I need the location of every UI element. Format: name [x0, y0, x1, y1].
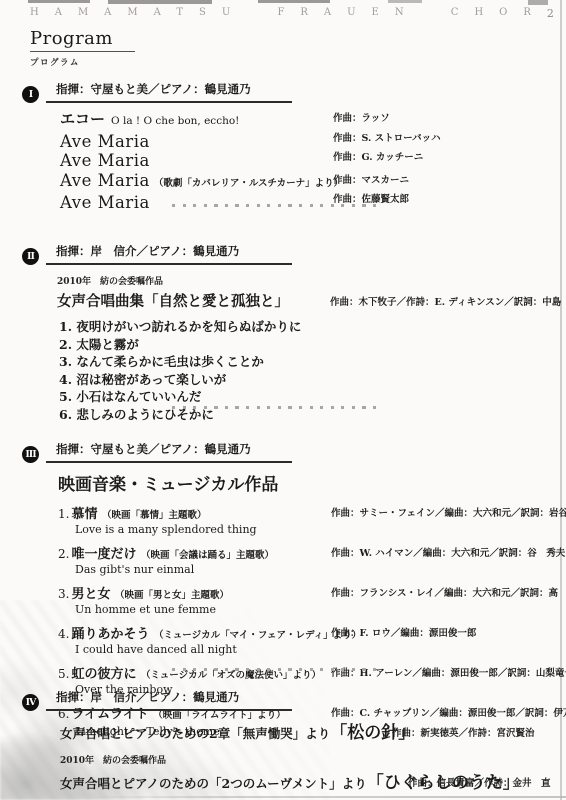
movement-item: 4. 沼は秘密があって楽しいが: [59, 371, 550, 389]
work-credit: 作曲：新実徳英／作詩：宮沢賢治: [392, 725, 535, 739]
song-title: Ave Maria: [60, 132, 150, 151]
item-number: 3.: [58, 587, 69, 601]
item-number: 5.: [58, 667, 69, 681]
item-title: 唯一度だけ: [71, 547, 136, 562]
work-credit: 作曲：信長貴富／作詩：金井 直: [408, 775, 551, 789]
movement-item: 2. 太陽と霧が: [59, 336, 550, 354]
item-credit: 作曲：F. ロウ／編曲：源田俊一郎: [331, 625, 476, 639]
song-title: Ave Maria: [60, 193, 150, 212]
section-2-head: II 指揮：岸 信介／ピアノ：鶴見通乃: [22, 240, 550, 265]
song-note: （歌劇「カバレリア・ルスチカーナ」より）: [154, 178, 343, 189]
movement-item: 3. なんて柔らかに毛虫は歩くことか: [59, 353, 550, 371]
item-note: （映画「男と女」主題歌）: [115, 590, 229, 601]
work-title-row: 女声合唱曲集「自然と愛と孤独と」 作曲：木下牧子／作詩：E. ディキンスン／訳詞…: [57, 290, 550, 311]
program-item: 4.踊りあかそう （ミュージカル「マイ・フェア・レディ」より） I could …: [58, 623, 550, 656]
song-credit: 作曲：S. ストローバッハ: [333, 129, 441, 149]
dots-separator: [172, 668, 376, 671]
item-number: 2.: [58, 547, 69, 561]
scan-artifact: [28, 0, 90, 3]
item-latin-title: Das gibt's nur einmal: [75, 563, 550, 576]
item-title: 踊りあかそう: [71, 627, 149, 642]
item-latin-title: I could have danced all night: [75, 643, 550, 656]
section-1-head: I 指揮：守屋もと美／ピアノ：鶴見通乃: [22, 78, 550, 103]
scan-artifact: [258, 0, 330, 3]
program-item: 3.男と女 （映画「男と女」主題歌） Un homme et une femme…: [58, 583, 550, 616]
work-credit: 作曲：木下牧子／作詩：E. ディキンスン／訳詞：中島 完: [330, 294, 566, 308]
program-item: 2.唯一度だけ （映画「会議は踊る」主題歌） Das gibt's nur ei…: [58, 543, 550, 576]
program-item: 1.慕情 （映画「慕情」主題歌） Love is a many splendor…: [58, 503, 550, 536]
scan-artifact: [108, 0, 212, 4]
work-prefix: 女声合唱とピアノのための2章「無声慟哭」より: [60, 726, 330, 741]
song-title: Ave Maria: [60, 171, 150, 190]
song-subtitle: O la ! O che bon, eccho!: [111, 115, 239, 127]
page-header: HAMAMATSU FRAUEN CHOR 2: [30, 7, 550, 20]
item-note: （ミュージカル「オズの魔法使い」より）: [141, 670, 321, 681]
commission-note: 2010年 紡の会委嘱作品: [60, 753, 550, 766]
song-row: エコーO la ! O che bon, eccho! 作曲：ラッソ: [60, 109, 550, 132]
concert-program-page: HAMAMATSU FRAUEN CHOR 2 Program プログラム I …: [0, 0, 566, 800]
item-title: 男と女: [71, 587, 110, 602]
song-credit: 作曲：ラッソ: [333, 109, 390, 129]
conductor-line: 指揮：岸 信介／ピアノ：鶴見通乃: [46, 241, 292, 265]
work-title: 女声合唱曲集「自然と愛と孤独と」: [57, 293, 289, 310]
section-1-numeral-badge: I: [22, 86, 39, 103]
item-credit: 作曲：W. ハイマン／編曲：大六和元／訳詞：谷 秀夫: [331, 545, 565, 559]
conductor-line: 指揮：岸 信介／ピアノ：鶴見通乃: [46, 687, 292, 711]
section-4: IV 指揮：岸 信介／ピアノ：鶴見通乃 女声合唱とピアノのための2章「無声慟哭」…: [22, 686, 550, 793]
item-number: 4.: [58, 627, 69, 641]
dots-separator: [172, 406, 376, 409]
section-1: I 指揮：守屋もと美／ピアノ：鶴見通乃 エコーO la ! O che bon,…: [22, 78, 550, 213]
item-number: 1.: [58, 507, 69, 521]
page-number: 2: [547, 7, 554, 20]
scan-edge-line: [560, 0, 562, 800]
item-note: （映画「慕情」主題歌）: [102, 510, 207, 521]
item-note: （映画「会議は踊る」主題歌）: [141, 550, 274, 561]
song-credit: 作曲：マスカーニ: [333, 171, 409, 191]
work-row: 女声合唱とピアノのための「2つのムーヴメント」より「ひぐらしのうた」 作曲：信長…: [60, 768, 550, 793]
section-3-numeral-badge: III: [22, 446, 39, 463]
item-credit: 作曲：サミー・フェイン／編曲：大六和元／訳詞：岩谷時子: [331, 505, 566, 519]
item-latin-title: Un homme et une femme: [75, 603, 550, 616]
scan-edge-shadow: [90, 796, 566, 798]
item-title: 慕情: [71, 507, 97, 522]
section-2: II 指揮：岸 信介／ピアノ：鶴見通乃 2010年 紡の会委嘱作品 女声合唱曲集…: [22, 240, 550, 423]
song-row: Ave Maria（歌劇「カバレリア・ルスチカーナ」より） 作曲：マスカーニ: [60, 171, 550, 194]
program-heading: Program プログラム: [30, 28, 135, 68]
work-row: 女声合唱とピアノのための2章「無声慟哭」より「松の針」 作曲：新実徳英／作詩：宮…: [60, 718, 550, 743]
section-3-head: III 指揮：守屋もと美／ピアノ：鶴見通乃: [22, 438, 550, 463]
song-row: Ave Maria 作曲：S. ストローバッハ: [60, 132, 550, 152]
song-row: Ave Maria 作曲：佐藤賢太郎: [60, 193, 550, 213]
item-credit: 作曲：フランシス・レイ／編曲：大六和元／訳詞：高 英男: [331, 585, 566, 599]
section-1-songs: エコーO la ! O che bon, eccho! 作曲：ラッソ Ave M…: [60, 109, 550, 213]
song-title: エコー: [60, 110, 105, 128]
section-2-numeral-badge: II: [22, 248, 39, 265]
item-latin-title: Love is a many splendored thing: [75, 523, 550, 536]
conductor-line: 指揮：守屋もと美／ピアノ：鶴見通乃: [46, 79, 292, 103]
conductor-line: 指揮：守屋もと美／ピアノ：鶴見通乃: [46, 439, 292, 463]
group-title: 映画音楽・ミュージカル作品: [58, 470, 550, 495]
song-title: Ave Maria: [60, 151, 150, 170]
item-title: 虹の彼方に: [71, 667, 136, 682]
movement-item: 1. 夜明けがいつ訪れるかを知らぬばかりに: [59, 318, 550, 336]
dots-separator: [172, 204, 376, 207]
choir-name: HAMAMATSU FRAUEN CHOR: [30, 7, 547, 18]
commission-note: 2010年 紡の会委嘱作品: [57, 274, 550, 287]
scan-artifact: [388, 0, 422, 3]
section-4-head: IV 指揮：岸 信介／ピアノ：鶴見通乃: [22, 686, 550, 711]
song-credit: 作曲：G. カッチーニ: [333, 148, 423, 168]
movement-item: 5. 小石はなんていいんだ: [59, 388, 550, 406]
program-title-ja: プログラム: [30, 56, 135, 68]
song-row: Ave Maria 作曲：G. カッチーニ: [60, 151, 550, 171]
work-prefix: 女声合唱とピアノのための「2つのムーヴメント」より: [60, 776, 367, 791]
section-4-numeral-badge: IV: [22, 694, 39, 711]
scan-artifact: [528, 0, 548, 5]
program-title: Program: [30, 28, 135, 52]
